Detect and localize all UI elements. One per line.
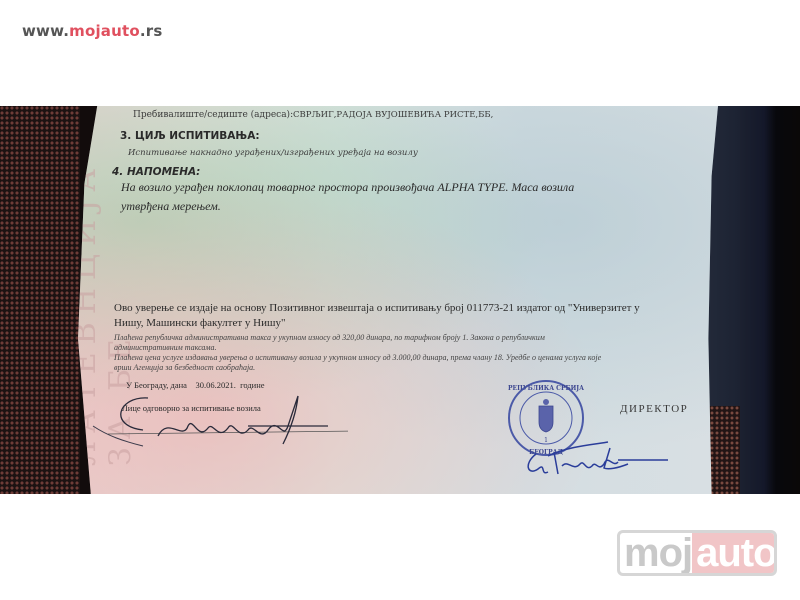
seat-fabric-left [0, 106, 80, 494]
fee2-line1: Плаћена цена услуге издавања уверења о и… [114, 353, 601, 362]
site-url-prefix: www. [22, 22, 69, 40]
site-url-suffix: .rs [140, 22, 163, 40]
section3-title: 3. ЦИЉ ИСПИТИВАЊА: [120, 130, 260, 142]
logo-left-text: moj [620, 533, 692, 573]
logo-right-text: auto [692, 533, 777, 573]
fee1-line2: административним таксама. [114, 343, 217, 352]
mojauto-logo[interactable]: moj auto [617, 530, 777, 576]
basis-line1: Ово уверење се издаје на основу Позитивн… [114, 302, 640, 314]
section4-title: 4. НАПОМЕНА: [112, 166, 200, 178]
section4-line2: утврђена мерењем. [121, 199, 221, 214]
seat-fabric-right [740, 106, 800, 494]
fee2-line2: врши Агенција за безбедност саобраћаја. [114, 363, 255, 372]
site-url-brand: mojauto [69, 22, 140, 40]
stamp-outer-text: РЕПУБЛИКА СРБИЈА [508, 385, 584, 392]
certificate-document: ЛАТЕВНЦИЈА ЗА БЕ Пребивалиште/седиште (а… [78, 106, 718, 494]
address-label: Пребивалиште/седиште (адреса): [133, 110, 293, 120]
director-label: ДИРЕКТОР [620, 403, 688, 415]
signature-director [518, 434, 678, 484]
basis-line2: Нишу, Машински факултет у Нишу" [114, 317, 285, 329]
signature-responsible [88, 386, 348, 466]
address-value: СВРЉИГ,РАДОЈА ВУЈОШЕВИЋА РИСТЕ,ББ, [293, 110, 493, 120]
section3-text: Испитивање накнадно уграђених/изграђених… [128, 148, 418, 158]
section4-line1: На возило уграђен поклопац товарног прос… [121, 180, 574, 195]
listing-photo[interactable]: ЛАТЕВНЦИЈА ЗА БЕ Пребивалиште/седиште (а… [0, 106, 800, 494]
fee1-line1: Плаћена републичка административна такса… [114, 333, 545, 342]
site-url[interactable]: www.mojauto.rs [22, 22, 163, 40]
